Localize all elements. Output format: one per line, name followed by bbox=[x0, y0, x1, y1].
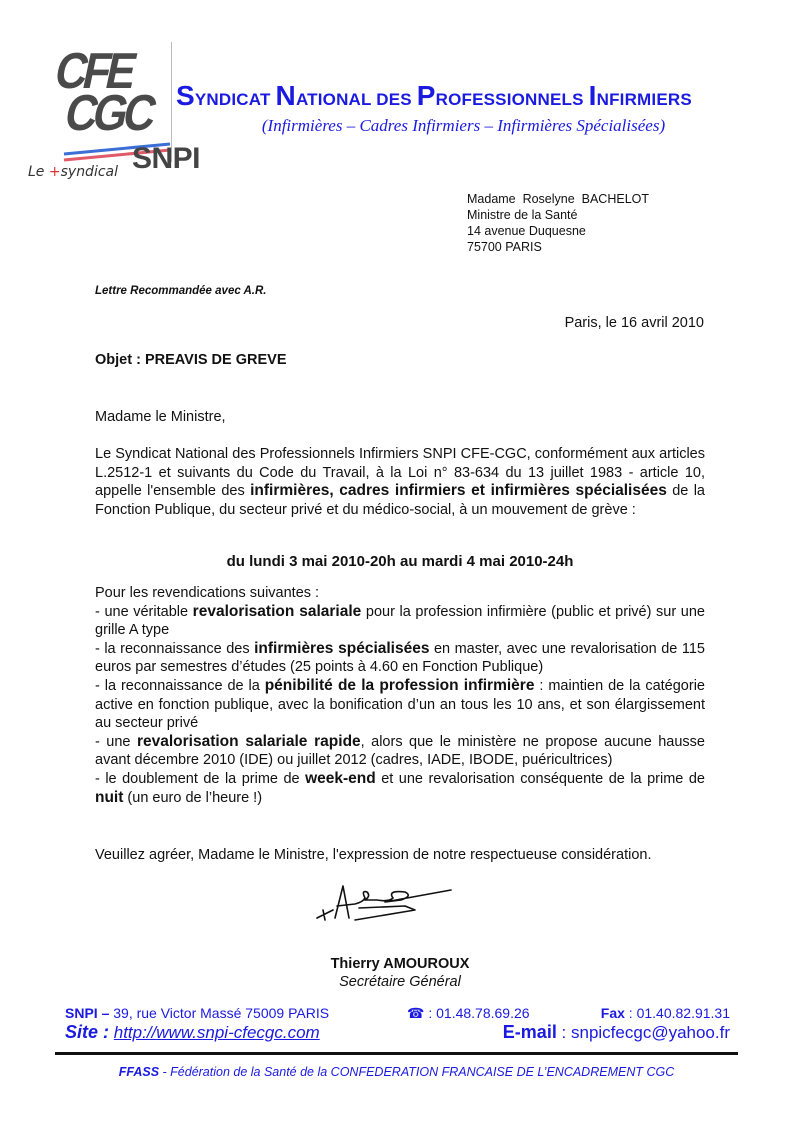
logo-tagline: Le +syndical bbox=[28, 164, 118, 180]
claim-item: - une véritable revalorisation salariale… bbox=[95, 603, 705, 640]
signer-name: Thierry AMOUROUX bbox=[320, 956, 480, 972]
title-initial: P bbox=[417, 80, 436, 111]
recipient-city: 75700 PARIS bbox=[467, 239, 649, 255]
letter-subject: Objet : PREAVIS DE GREVE bbox=[95, 352, 287, 368]
federation-line: FFASS - Fédération de la Santé de la CON… bbox=[55, 1065, 738, 1079]
claim-item: - une revalorisation salariale rapide, a… bbox=[95, 733, 705, 770]
title-initial: I bbox=[589, 80, 597, 111]
claims-intro: Pour les revendications suivantes : bbox=[95, 584, 705, 603]
claim-item: - la reconnaissance des infirmières spéc… bbox=[95, 640, 705, 677]
claims-list: Pour les revendications suivantes : - un… bbox=[95, 584, 705, 807]
title-rest: YNDICAT bbox=[195, 90, 276, 109]
footer-divider bbox=[55, 1052, 738, 1055]
delivery-method: Lettre Recommandée avec A.R. bbox=[95, 285, 267, 297]
footer-site: Site : http://www.snpi-cfecgc.com bbox=[65, 1022, 320, 1043]
claim-item: - la reconnaissance de la pénibilité de … bbox=[95, 677, 705, 733]
salutation: Madame le Ministre, bbox=[95, 408, 705, 427]
recipient-street: 14 avenue Duquesne bbox=[467, 223, 649, 239]
title-initial: N bbox=[276, 80, 296, 111]
organization-subtitle: (Infirmières – Cadres Infirmiers – Infir… bbox=[176, 116, 751, 136]
claim-item: - le doublement de la prime de week-end … bbox=[95, 770, 705, 807]
recipient-title: Ministre de la Santé bbox=[467, 207, 649, 223]
footer-address: SNPI – 39, rue Victor Massé 75009 PARIS bbox=[65, 1005, 329, 1021]
letter-date: Paris, le 16 avril 2010 bbox=[565, 315, 704, 331]
recipient-name: Madame Roselyne BACHELOT bbox=[467, 191, 649, 207]
title-rest: ATIONAL DES bbox=[296, 90, 417, 109]
intro-paragraph: Le Syndicat National des Professionnels … bbox=[95, 445, 705, 519]
signature-image bbox=[315, 880, 455, 925]
recipient-address: Madame Roselyne BACHELOT Ministre de la … bbox=[467, 191, 649, 255]
logo-cgc-text: CGC bbox=[61, 89, 158, 140]
site-link[interactable]: http://www.snpi-cfecgc.com bbox=[114, 1023, 320, 1042]
title-rest: NFIRMIERS bbox=[597, 90, 692, 109]
logo-snpi-text: SNPI bbox=[132, 142, 200, 176]
title-rest: ROFESSIONNELS bbox=[436, 90, 589, 109]
footer-email: E-mail : snpicfecgc@yahoo.fr bbox=[503, 1022, 730, 1043]
closing-formula: Veuillez agréer, Madame le Ministre, l'e… bbox=[95, 846, 705, 865]
phone-icon: ☎ bbox=[407, 1005, 424, 1021]
footer-phone: ☎ : 01.48.78.69.26 bbox=[407, 1005, 530, 1022]
signer-role: Secrétaire Général bbox=[320, 974, 480, 990]
plus-icon: + bbox=[49, 164, 61, 180]
title-initial: S bbox=[176, 80, 195, 111]
email-address[interactable]: : snpicfecgc@yahoo.fr bbox=[557, 1023, 730, 1042]
targeted-professions: infirmières, cadres infirmiers et infirm… bbox=[250, 482, 667, 499]
strike-dates: du lundi 3 mai 2010-20h au mardi 4 mai 2… bbox=[95, 553, 705, 570]
cfe-cgc-snpi-logo: CFE CGC SNPI Le +syndical bbox=[26, 42, 206, 187]
footer-fax: Fax : 01.40.82.91.31 bbox=[601, 1005, 730, 1021]
organization-title: SYNDICAT NATIONAL DES PROFESSIONNELS INF… bbox=[176, 80, 756, 112]
